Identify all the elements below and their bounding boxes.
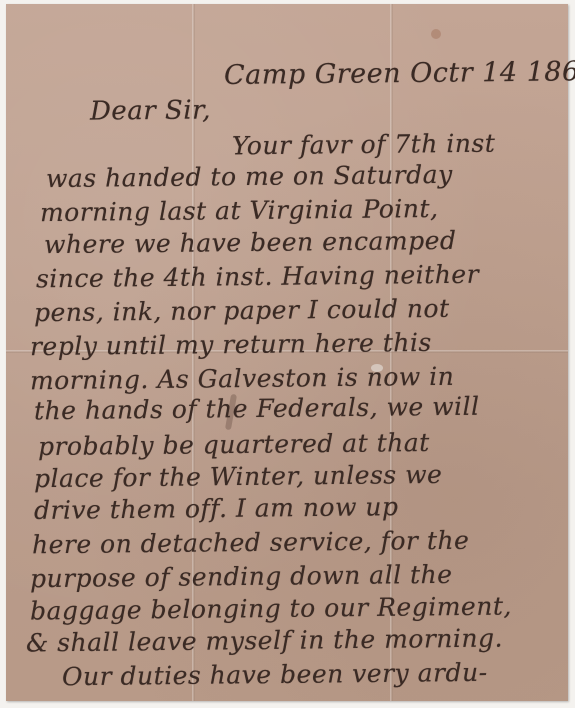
letter-line: reply until my return here this <box>30 328 432 361</box>
letter-line: place for the Winter, unless we <box>34 460 443 493</box>
letter-line: purpose of sending down all the <box>30 560 453 593</box>
letter-line: where we have been encamped <box>44 226 457 259</box>
letter-line: was handed to me on Saturday <box>46 160 453 193</box>
paper-stain <box>431 29 441 39</box>
letter-line: since the 4th inst. Having neither <box>36 260 479 294</box>
letter-heading-place-date: Camp Green Octr 14 1862 <box>224 56 575 91</box>
letter-line: Our duties have been very ardu- <box>62 658 488 691</box>
letter-line: morning last at Virginia Point, <box>40 194 439 227</box>
letter-line: here on detached service, for the <box>32 526 470 560</box>
letter-line: the hands of the Federals, we will <box>34 392 480 426</box>
letter-line: drive them off. I am now up <box>34 492 399 525</box>
letter-line: Your favr of 7th inst <box>232 129 496 161</box>
letter-line: morning. As Galveston is now in <box>30 362 455 395</box>
letter-line: & shall leave myself in the morning. <box>26 624 503 658</box>
letter-line: pens, ink, nor paper I could not <box>34 294 450 327</box>
letter-salutation: Dear Sir, <box>90 95 211 126</box>
letter-line: probably be quartered at that <box>38 428 430 461</box>
letter-line: baggage belonging to our Regiment, <box>30 591 512 625</box>
